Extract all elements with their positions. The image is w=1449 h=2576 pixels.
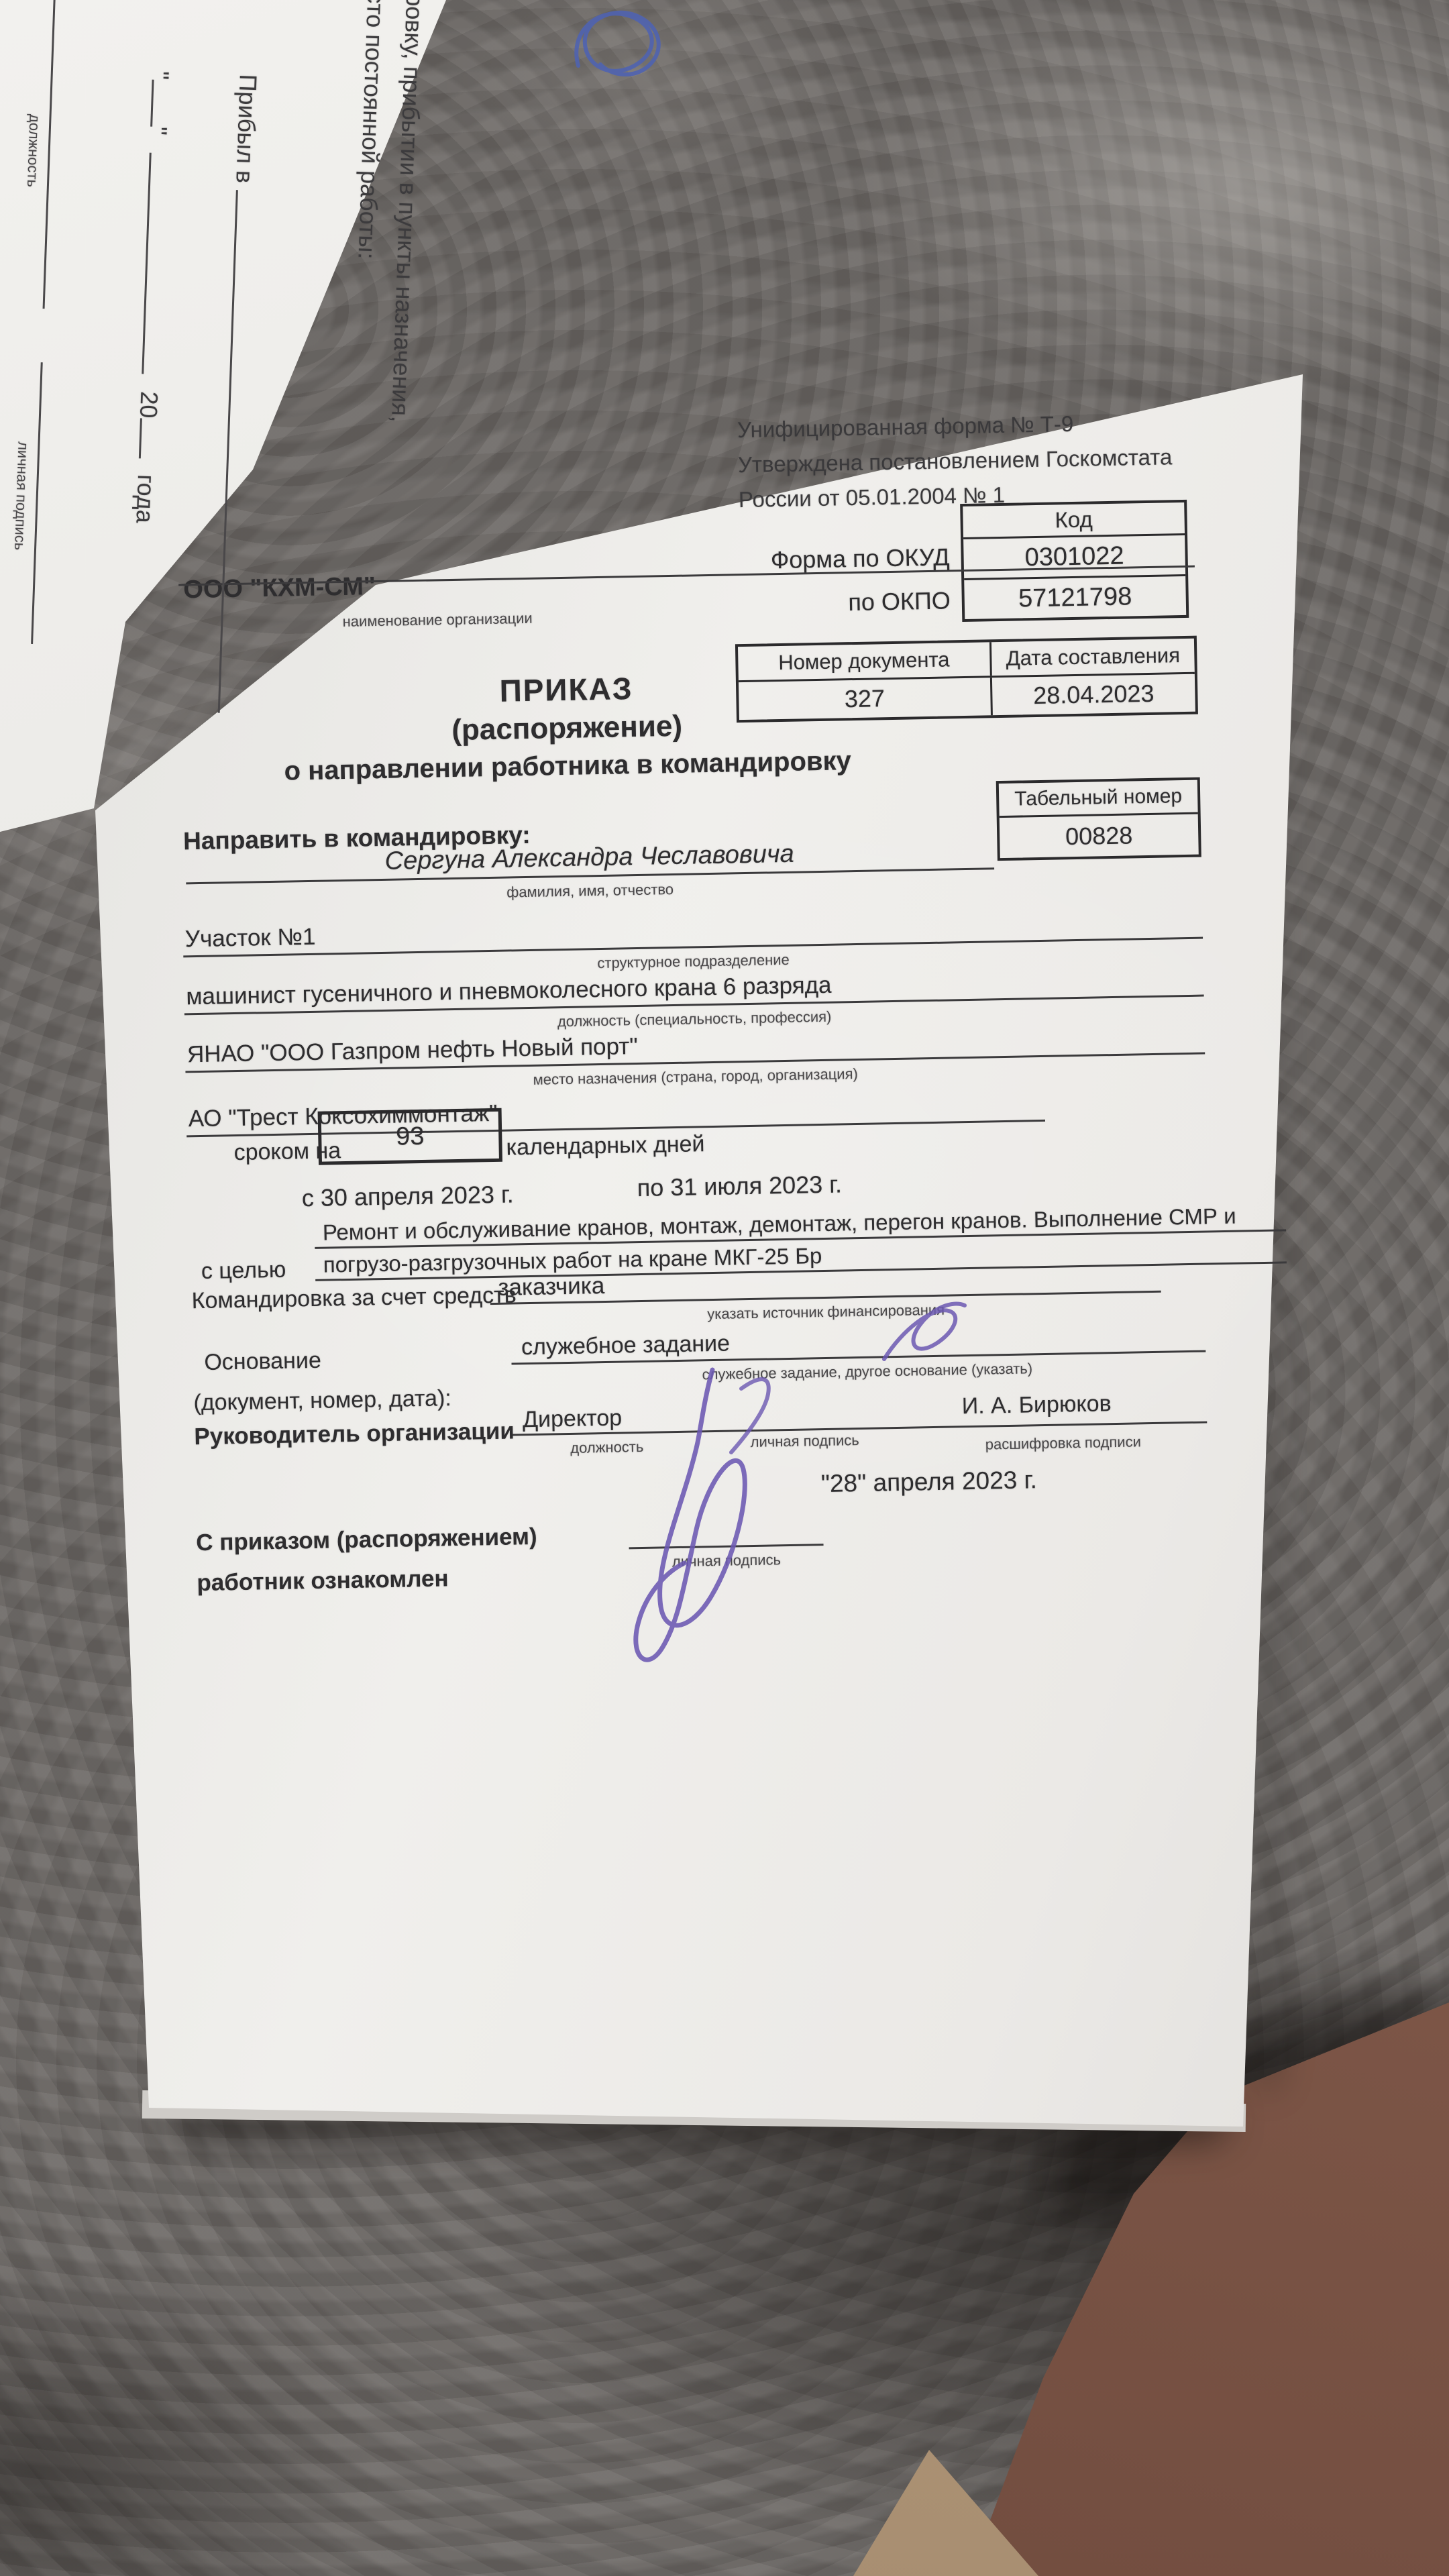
blue-scribble-path	[576, 13, 659, 74]
blue-pen-scribble	[0, 0, 1449, 2576]
photo-of-document: Унифицированная форма № Т-9 Утверждена п…	[0, 0, 1449, 2576]
